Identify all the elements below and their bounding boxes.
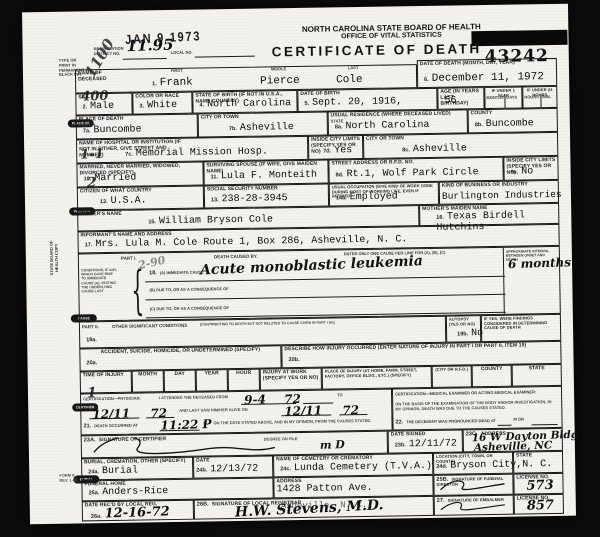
death-inside-city-value: Yes bbox=[334, 145, 352, 156]
registration-district-value: 11.95 bbox=[126, 36, 174, 56]
part2-label: PART II. bbox=[82, 324, 99, 330]
field-surviving-spouse: SURVIVING SPOUSE (IF WIFE, GIVE MAIDEN N… bbox=[203, 160, 328, 186]
due-to-label-b: (b) DUE TO, OR AS A CONSEQUENCE OF bbox=[149, 287, 228, 293]
field-accident-suicide: ACCIDENT, SUICIDE, HOMICIDE, OR UNDETERM… bbox=[79, 345, 281, 371]
embalmer-signature-scribble bbox=[439, 499, 509, 515]
spouse-value: Lula F. Monteith bbox=[221, 170, 317, 183]
injury-state-label: STATE bbox=[515, 366, 559, 372]
death-time-value: 11:22 P bbox=[160, 417, 211, 433]
injury-month-label: MONTH bbox=[135, 372, 161, 378]
field-age: AGE (IN YEARS LAST BIRTHDAY) 56 bbox=[437, 87, 484, 110]
field-cemetery-location: LOCATION (CITY, TOWN, OR COUNTY) 24d.Bry… bbox=[433, 452, 513, 475]
director-license-value: 573 bbox=[526, 478, 554, 494]
field-injury-hour: HOUR bbox=[228, 369, 260, 391]
residence-city-label: CITY OR TOWN bbox=[366, 134, 555, 143]
field-injury-at-work: INJURY AT WORK (SPECIFY YES OR NO) bbox=[260, 368, 322, 391]
certifier-signature-suffix: m D bbox=[320, 438, 345, 452]
burial-type-value: Burial bbox=[102, 466, 138, 478]
field-embalmer-license: LICENSE NO. 857 bbox=[514, 494, 564, 515]
certification-examiner-label: CERTIFICATION—MEDICAL EXAMINER OR ACTING… bbox=[395, 390, 555, 397]
field-date-signed: DATE SIGNED 23b.12/11/72 bbox=[388, 429, 463, 453]
field-certifier-address: 23c.ADDRESS 16 W Dayton Bldg. Asheville,… bbox=[463, 428, 563, 453]
field-state-of-birth: STATE OF BIRTH (IF NOT IN U.S.A., NAME C… bbox=[192, 90, 297, 114]
funeral-home-address-value: 1428 Patton Ave. bbox=[276, 483, 372, 496]
field-occupation: USUAL OCCUPATION (GIVE KIND OF WORK DONE… bbox=[329, 182, 439, 207]
sex-value: Male bbox=[90, 101, 114, 112]
name-label: NAME OF DECEASED bbox=[78, 71, 118, 83]
first-name: Frank bbox=[160, 77, 193, 90]
residence-city-value: Asheville bbox=[413, 143, 467, 155]
last-saw-year: 72 bbox=[342, 403, 359, 418]
cemetery-value: Lunda Cemetery (T.V.A.) bbox=[294, 461, 432, 474]
accident-label: ACCIDENT, SUICIDE, HOMICIDE, OR UNDETERM… bbox=[82, 347, 278, 356]
date-received-value: 26a.12-16-72 bbox=[91, 504, 170, 522]
field-injury-month: MONTH bbox=[132, 370, 164, 392]
field-burial-type: BURIAL, CREMATION, OTHER (SPECIFY) 24a.B… bbox=[81, 457, 193, 481]
hospital-value: Memorial Mission Hosp. bbox=[136, 146, 268, 159]
autopsy-label: AUTOPSY (YES OR NO) bbox=[449, 317, 478, 327]
field-date-of-death: DATE OF DEATH (MONTH, DAY, YEAR) 6.Decem… bbox=[417, 58, 557, 88]
injury-city-label: (CITY OR R.F.D.) bbox=[435, 367, 469, 372]
due-to-label-c: (c) DUE TO, OR AS A CONSEQUENCE OF bbox=[150, 306, 229, 312]
form-note: FORM 8 REV. 1-68 bbox=[59, 473, 81, 483]
field-date-of-birth: DATE OF BIRTH 5.Sept. 20, 1916, bbox=[297, 88, 437, 112]
findings-label: IF YES, WERE FINDINGS CONSIDERED IN DETE… bbox=[484, 316, 558, 331]
examiner-text: ON THE BASIS OF THE EXAMINATION OF THE B… bbox=[395, 400, 555, 412]
field-burial-date: DATE 24b.12/13/72 bbox=[193, 455, 273, 478]
attended-text: I ATTENDED THE DECEASED FROM bbox=[159, 395, 228, 401]
field-death-county: PLACE OF DEATH COUNTY 7a.Buncombe bbox=[76, 114, 198, 140]
other-conditions-label: OTHER SIGNIFICANT CONDITIONS bbox=[112, 323, 187, 330]
field-funeral-home-address: ADDRESS 1428 Patton Ave. bbox=[273, 475, 433, 499]
residence-inside-city-value: No bbox=[521, 166, 533, 177]
field-residence-inside-city: INSIDE CITY LIMITS (SPECIFY YES OR NO) 8… bbox=[503, 156, 558, 181]
residence-county-label: COUNTY bbox=[471, 110, 555, 117]
field-injury-county: COUNTY bbox=[472, 365, 512, 388]
field-place-of-injury: PLACE OF INJURY (AT HOME, FARM, STREET, … bbox=[322, 366, 432, 390]
middle-col-label: MIDDLE bbox=[271, 67, 286, 72]
field-if-under-24-hours: IF UNDER 24 HOURS HOURS MIN. bbox=[522, 86, 557, 109]
hours-label: HOURS bbox=[524, 95, 539, 100]
field-sex: SEX 2.Male bbox=[75, 93, 132, 116]
last-col-label: LAST bbox=[348, 66, 359, 71]
place-of-injury-label: PLACE OF INJURY (AT HOME, FARM, STREET, … bbox=[325, 368, 429, 379]
embalmer-license-value: 857 bbox=[527, 498, 555, 514]
state-of-birth-value: North Carolina bbox=[207, 98, 291, 110]
death-city-label: CITY OR TOWN bbox=[201, 114, 325, 122]
cemetery-location-value: Bryson City, bbox=[450, 460, 522, 472]
first-col-label: FIRST bbox=[171, 69, 183, 74]
field-citizen: CITIZEN OF WHAT COUNTRY 12.U.S.A. bbox=[77, 185, 204, 210]
injury-hour-label: HOUR bbox=[231, 371, 257, 377]
copy-label: STATE BOARD OF HEALTH COPY bbox=[50, 236, 60, 280]
pronounced-m-label: M ON bbox=[513, 417, 524, 422]
attended-to-date: 12/11 bbox=[92, 406, 130, 421]
field-funeral-home: FUNERAL HOME 25a.Anders-Rice bbox=[81, 477, 273, 501]
other-conditions-note: (CONTRIBUTING TO DEATH BUT NOT RELATED T… bbox=[200, 320, 335, 326]
last-name: Cole bbox=[336, 74, 363, 86]
residence-section-label: USUAL RESIDENCE (WHERE DECEASED LIVED) bbox=[331, 111, 465, 119]
field-autopsy: AUTOPSY (YES OR NO) 19b.No bbox=[446, 315, 481, 343]
field-injury-day: DAY bbox=[164, 370, 196, 392]
industry-value: Burlington Industries bbox=[442, 189, 562, 202]
place-of-death-section-label: PLACE OF DEATH bbox=[79, 116, 195, 124]
time-of-injury-label: TIME OF INJURY bbox=[83, 373, 129, 379]
immediate-cause-label: 18.(a) IMMEDIATE CAUSE bbox=[149, 269, 204, 276]
field-industry: KIND OF BUSINESS OR INDUSTRY Burlington … bbox=[439, 180, 559, 205]
field-injury-year: YEAR bbox=[196, 369, 228, 391]
field-embalmer-signature: 27.SIGNATURE OF EMBALMER bbox=[434, 495, 514, 516]
burial-date-value: 12/13/72 bbox=[210, 464, 258, 476]
field-ssn: SOCIAL SECURITY NUMBER 13.238-28-3945 bbox=[204, 184, 329, 209]
field-residence-county: COUNTY 8b.Buncombe bbox=[468, 108, 558, 133]
father-value: William Bryson Cole bbox=[159, 214, 273, 227]
to-text: TO bbox=[337, 393, 343, 398]
redaction-bar bbox=[471, 30, 567, 47]
conditions-note: CONDITIONS, IF ANY, WHICH GAVE RISE TO I… bbox=[81, 268, 117, 294]
interval-value: 6 months bbox=[508, 255, 571, 271]
field-director-license: LICENSE NO. 573 bbox=[513, 473, 563, 495]
days-label: DAYS bbox=[506, 96, 517, 101]
field-death-inside-city: INSIDE CITY LIMITS (SPECIFY YES OR NO) 7… bbox=[308, 135, 363, 160]
field-mother-name: MOTHER'S MAIDEN NAME 16.Texas Birdell Hu… bbox=[419, 203, 559, 226]
middle-name: Pierce bbox=[260, 75, 300, 88]
death-caused-by-label: DEATH CAUSED BY. bbox=[214, 254, 258, 260]
local-no-label: LOCAL NO. bbox=[171, 51, 193, 56]
occupation-value: Employed bbox=[350, 191, 398, 203]
months-label: MONTHS bbox=[486, 96, 503, 101]
injury-county-label: COUNTY bbox=[475, 367, 509, 373]
field-cemetery-state: STATE N. C. bbox=[513, 451, 563, 474]
date-of-birth-value: Sept. 20, 1916, bbox=[312, 96, 402, 108]
citizen-label: CITIZEN OF WHAT COUNTRY bbox=[80, 188, 201, 196]
injury-year-label: YEAR bbox=[199, 371, 225, 377]
attended-from-date: 9-4 bbox=[244, 392, 266, 407]
certificate-title: CERTIFICATE OF DEATH bbox=[262, 41, 492, 60]
describe-injury-label: DESCRIBE HOW INJURY OCCURRED (ENTER NATU… bbox=[284, 343, 558, 353]
field-if-under-1-year: IF UNDER 1 YEAR MONTHS DAYS bbox=[484, 86, 522, 109]
field-registrar-signature: 26b.SIGNATURE OF LOCAL REGISTRAR Ashevil… bbox=[194, 496, 434, 520]
death-certificate-page: JAN 9 1973 REGISTRATION DISTRICT NO. 11.… bbox=[22, 4, 576, 525]
certification-physician-label: CERTIFICATION—PHYSICIAN: bbox=[83, 397, 141, 403]
cemetery-state-value: N. C. bbox=[522, 459, 552, 470]
date-signed-value: 12/11/72 bbox=[409, 439, 457, 451]
field-time-of-injury: TIME OF INJURY bbox=[80, 371, 132, 394]
field-marital-status: MARRIED, NEVER MARRIED, WIDOWED, DIVORCE… bbox=[76, 161, 203, 187]
marital-value: Married bbox=[94, 173, 136, 185]
min-label: MIN. bbox=[542, 95, 551, 100]
field-hospital: NAME OF HOSPITAL OR INSTITUTION (IF NOT … bbox=[76, 136, 308, 164]
field-injury-state: STATE bbox=[512, 364, 562, 387]
date-of-death-value: December 11, 1972 bbox=[432, 71, 544, 85]
death-city-value: Asheville bbox=[240, 122, 294, 134]
residence-state-value: North Carolina bbox=[345, 120, 429, 132]
field-race: COLOR OR RACE 3.White bbox=[132, 92, 192, 115]
age-value: 56 bbox=[444, 96, 456, 107]
opinion-text: ON THE DATE STATED ABOVE, AND IN MY OPIN… bbox=[213, 419, 383, 426]
last-saw-text: AND LAST SAW HIM/HER ALIVE ON bbox=[179, 408, 247, 414]
field-death-city: CITY OR TOWN 7b.Asheville bbox=[198, 112, 328, 138]
date-signed-label: DATE SIGNED bbox=[391, 431, 460, 438]
race-value: White bbox=[147, 100, 177, 111]
ssn-label: SOCIAL SECURITY NUMBER bbox=[207, 186, 326, 194]
date-of-death-label: DATE OF DEATH (MONTH, DAY, YEAR) bbox=[420, 60, 554, 68]
field-residence-city: CITY OR TOWN 8c.Asheville bbox=[363, 132, 558, 159]
scan-background: JAN 9 1973 REGISTRATION DISTRICT NO. 11.… bbox=[0, 0, 600, 537]
field-autopsy-findings: IF YES, WERE FINDINGS CONSIDERED IN DETE… bbox=[481, 314, 561, 342]
citizen-value: U.S.A. bbox=[111, 195, 147, 207]
injury-at-work-label: INJURY AT WORK (SPECIFY YES OR NO) bbox=[263, 370, 319, 382]
death-county-value: Buncombe bbox=[93, 124, 141, 136]
field-cemetery: NAME OF CEMETERY OR CREMATORY 24c.Lunda … bbox=[273, 453, 433, 478]
ssn-value: 238-28-3945 bbox=[222, 193, 288, 205]
funeral-director-signature-scribble bbox=[438, 477, 508, 495]
street-value: Rt.1, Wolf Park Circle bbox=[346, 167, 478, 180]
field-date-received: DATE REC'D BY LOCAL REG. 26a.12-16-72 bbox=[82, 500, 194, 522]
residence-county-value: Buncombe bbox=[486, 118, 534, 130]
last-saw-date: 12/11 bbox=[284, 403, 322, 418]
field-certification-examiner: CERTIFICATION—MEDICAL EXAMINER OR ACTING… bbox=[392, 386, 563, 431]
injury-day-label: DAY bbox=[167, 372, 193, 378]
field-injury-city: (CITY OR R.F.D.) bbox=[432, 365, 472, 388]
pronounced-text: THE DECEDENT WAS PRONOUNCED DEAD AT bbox=[406, 418, 496, 424]
field-funeral-director-signature: 25b.SIGNATURE OF FUNERAL DIRECTOR bbox=[433, 474, 513, 496]
field-residence-state: USUAL RESIDENCE (WHERE DECEASED LIVED) S… bbox=[328, 109, 468, 135]
funeral-home-value: Anders-Rice bbox=[102, 486, 168, 498]
field-street-address: STREET ADDRESS OR R.F.D. NO. 8d.Rt.1, Wo… bbox=[328, 157, 503, 184]
death-occurred-text: DEATH OCCURRED AT bbox=[94, 423, 138, 429]
street-label: STREET ADDRESS OR R.F.D. NO. bbox=[331, 159, 500, 167]
